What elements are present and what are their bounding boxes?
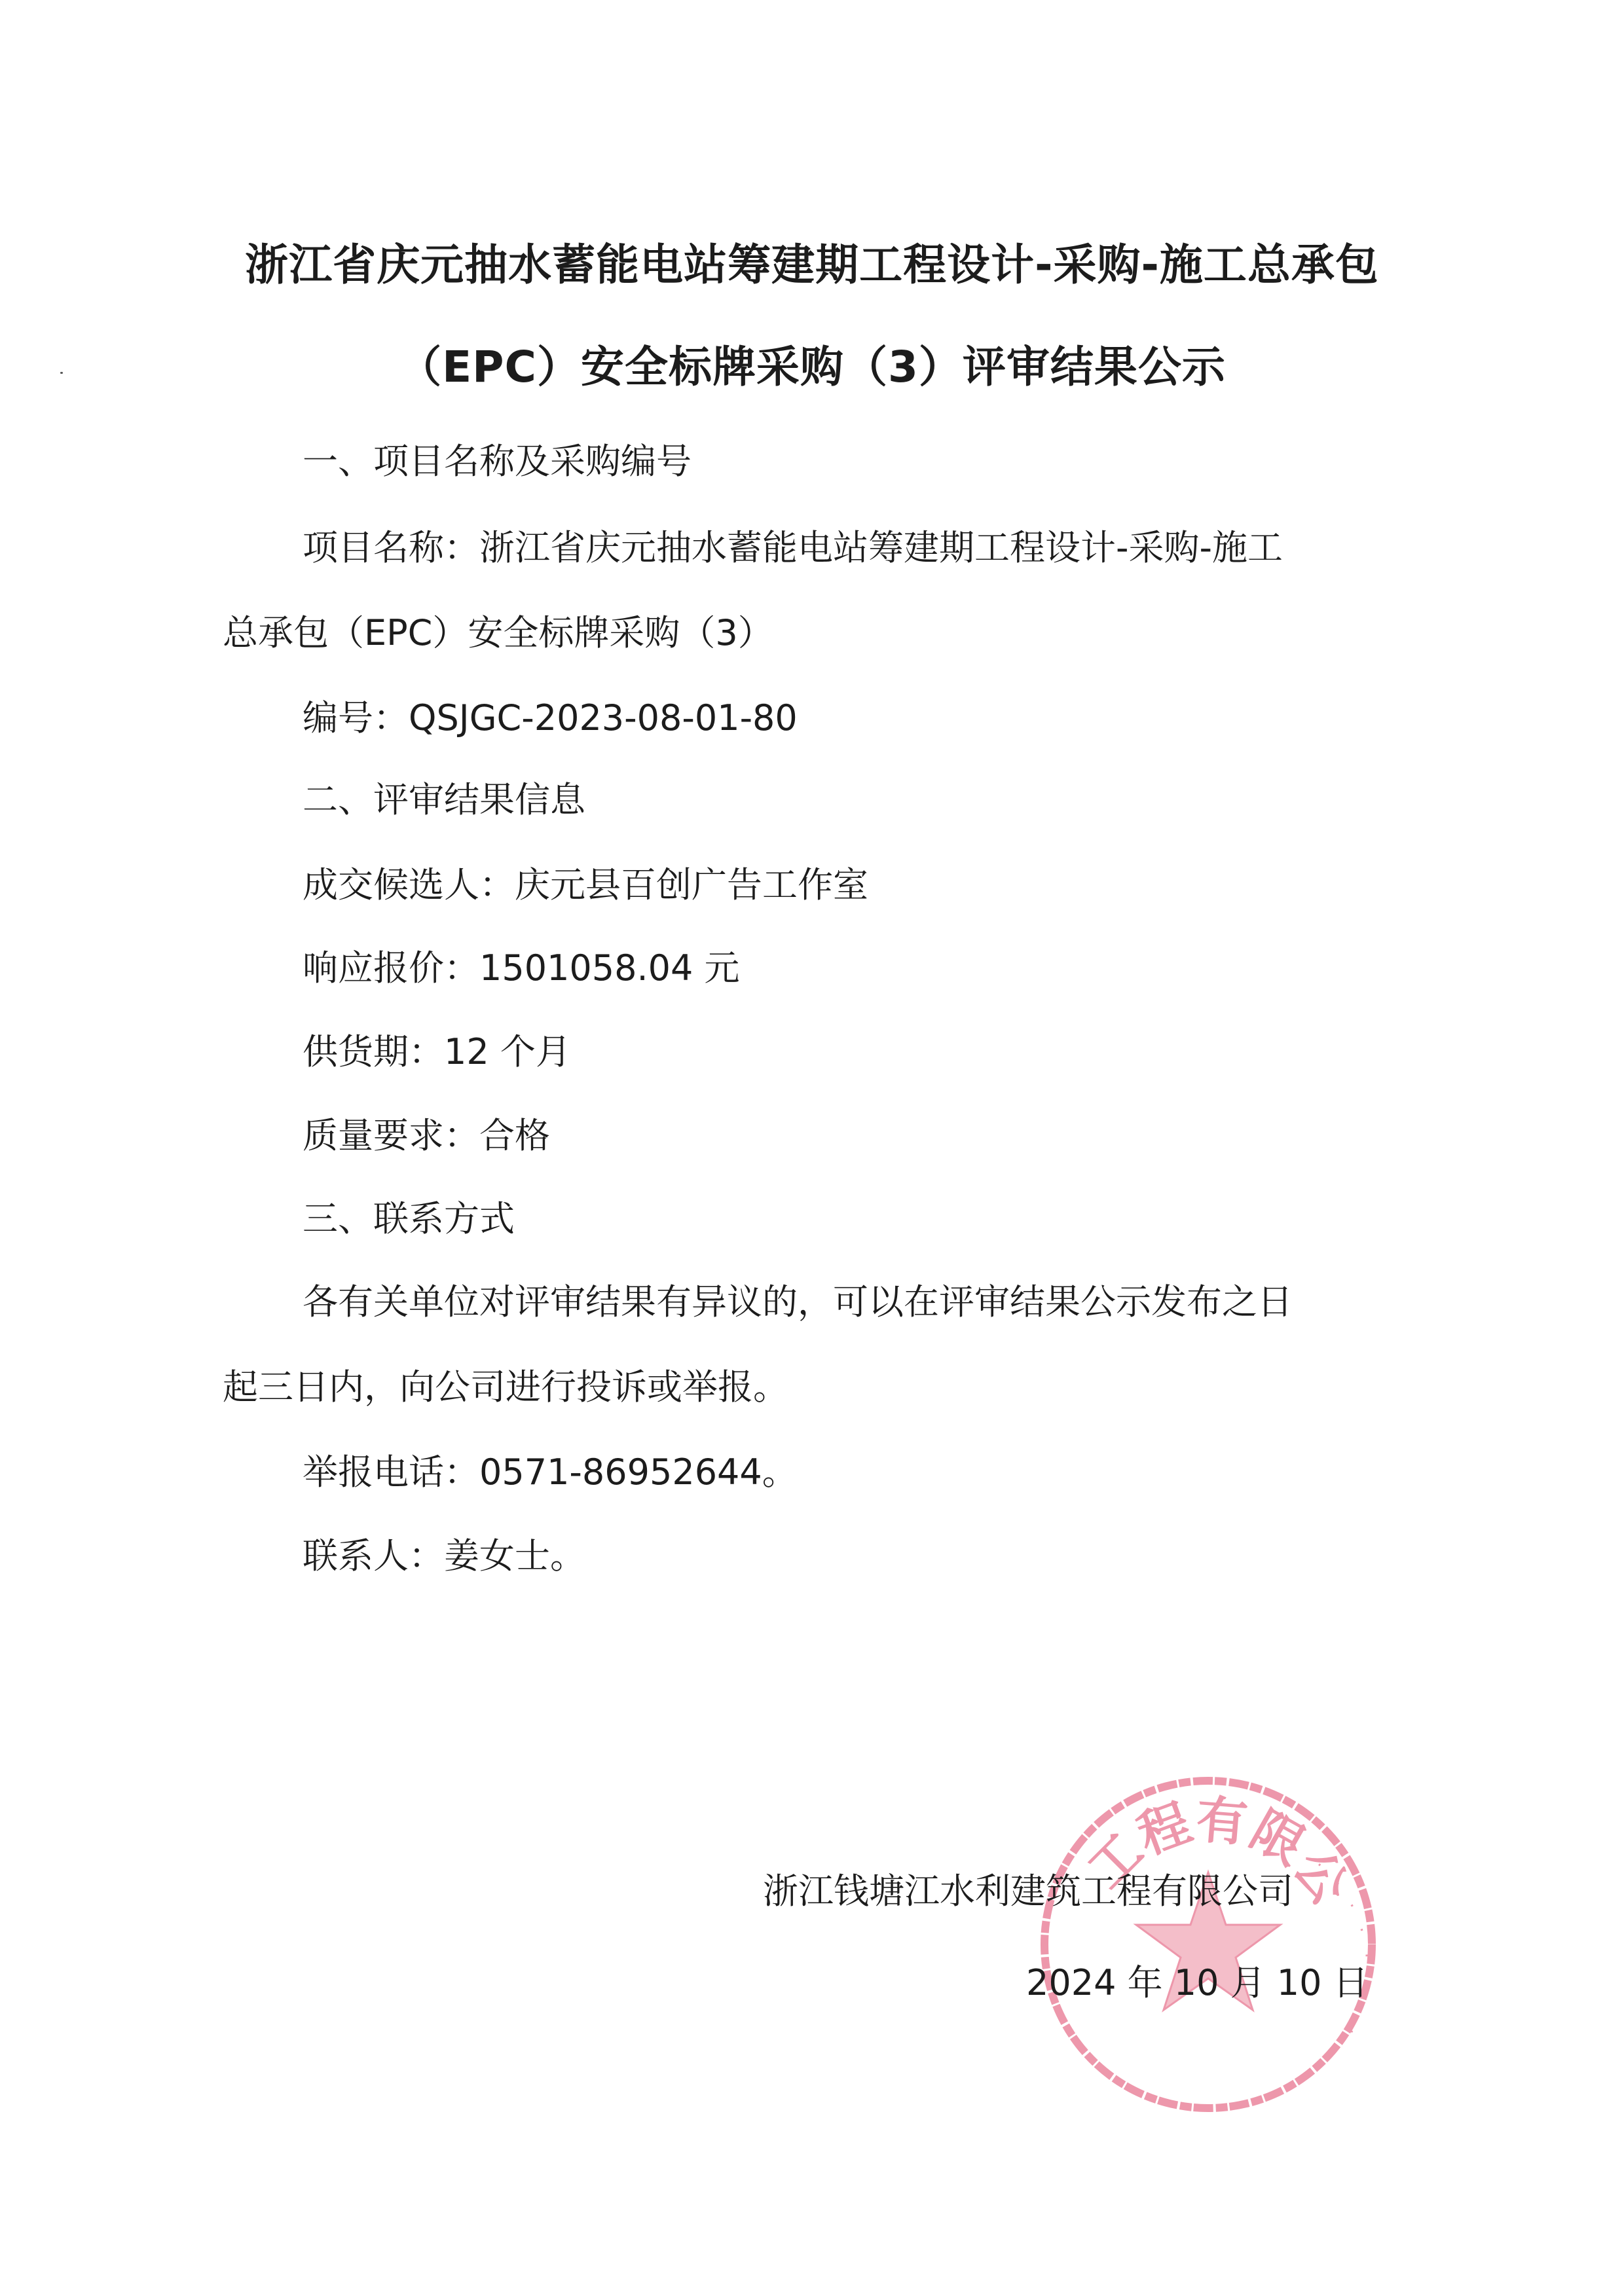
document-title-line-2: （EPC）安全标牌采购（3）评审结果公示 [0, 346, 1624, 389]
document-title-line-1: 浙江省庆元抽水蓄能电站筹建期工程设计-采购-施工总承包 [0, 244, 1624, 287]
document-page: 浙江省庆元抽水蓄能电站筹建期工程设计-采购-施工总承包 （EPC）安全标牌采购（… [0, 0, 1624, 2296]
procurement-code: 编号：QSJGC-2023-08-01-80 [303, 701, 798, 736]
section-2-heading: 二、评审结果信息 [303, 782, 585, 818]
issuing-company: 浙江钱塘江水利建筑工程有限公司 [763, 1874, 1293, 1909]
objection-notice-line-2: 起三日内，向公司进行投诉或举报。 [223, 1370, 788, 1405]
winning-candidate: 成交候选人：庆元县百创广告工作室 [303, 867, 868, 903]
delivery-period: 供货期：12 个月 [303, 1034, 571, 1070]
objection-notice-line-1: 各有关单位对评审结果有异议的，可以在评审结果公示发布之日 [303, 1285, 1293, 1320]
quoted-price: 响应报价：1501058.04 元 [303, 951, 740, 986]
issue-date: 2024 年 10 月 10 日 [1026, 1965, 1369, 2001]
quality-requirement: 质量要求：合格 [303, 1118, 550, 1154]
company-seal-stamp: 工程有限公司 · · · · · · · · · · · · [1031, 1768, 1385, 2121]
project-name-line-2: 总承包（EPC）安全标牌采购（3） [223, 615, 773, 651]
project-name-line-1: 项目名称：浙江省庆元抽水蓄能电站筹建期工程设计-采购-施工 [303, 530, 1283, 566]
section-3-heading: 三、联系方式 [303, 1201, 515, 1237]
contact-person: 联系人：姜女士。 [303, 1539, 585, 1574]
section-1-heading: 一、项目名称及采购编号 [303, 444, 692, 479]
report-phone: 举报电话：0571-86952644。 [303, 1455, 798, 1490]
